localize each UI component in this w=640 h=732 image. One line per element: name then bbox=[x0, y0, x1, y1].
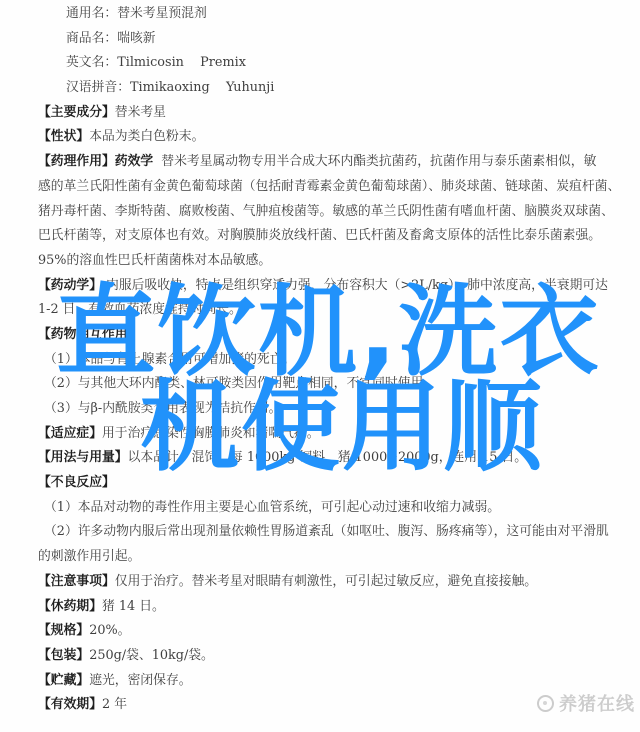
doc-line: 【规格】20%。 bbox=[38, 619, 638, 644]
doc-line-text: 仅用于治疗。替米考星对眼睛有刺激性，可引起过敏反应，避免直接接触。 bbox=[115, 574, 537, 589]
doc-line-text: 250g/袋、10kg/袋。 bbox=[89, 648, 214, 663]
doc-section-heading: 【注意事项】 bbox=[38, 574, 115, 589]
doc-section-heading: 【药物相互作用】 bbox=[38, 327, 140, 342]
doc-line-text: 用于治疗感染性胸膜肺炎和猪喘气病。 bbox=[102, 426, 320, 441]
doc-line-text: （2）许多动物内服后常出现剂量依赖性胃肠道紊乱（如呕吐、腹泻、肠疼痛等），这可能… bbox=[44, 524, 609, 539]
doc-line: 【主要成分】替米考星 bbox=[38, 101, 638, 126]
doc-line-text: 2 年 bbox=[102, 697, 127, 712]
doc-line: 【不良反应】 bbox=[38, 471, 638, 496]
doc-section-heading: 【规格】 bbox=[38, 623, 89, 638]
doc-line: 汉语拼音：Timikaoxing Yuhunji bbox=[38, 76, 638, 101]
doc-section-heading: 药效学 bbox=[115, 154, 153, 169]
site-logo-icon bbox=[537, 695, 554, 712]
doc-line-text: 替米考星属动物专用半合成大环内酯类抗菌药，抗菌作用与泰乐菌素相似，敏 bbox=[153, 154, 596, 169]
doc-line: 【用法与用量】以本品计。混饲：每 1000kg 饲料，猪 1000~2000g，… bbox=[38, 446, 638, 471]
doc-line-text: 内服后吸收快，特点是组织穿透力强，分布容积大（>2L/kg）。肺中浓度高，半衰期… bbox=[102, 278, 608, 293]
doc-line: 1-2 日，有效血药浓度维持时间长。 bbox=[38, 298, 638, 323]
doc-section-heading: 【有效期】 bbox=[38, 697, 102, 712]
doc-line: （3）与β-内酰胺类合用表现为拮抗作用。 bbox=[38, 397, 638, 422]
site-logo: 养猪在线 bbox=[537, 690, 635, 716]
doc-line: 【包装】250g/袋、10kg/袋。 bbox=[38, 644, 638, 669]
doc-section-heading: 【药动学】 bbox=[38, 278, 102, 293]
doc-line-text: 以本品计。混饲：每 1000kg 饲料，猪 1000~2000g，连用 15 日… bbox=[128, 450, 528, 465]
doc-line: （1）本品对动物的毒性作用主要是心血管系统，可引起心动过速和收缩力减弱。 bbox=[38, 496, 638, 521]
doc-section-heading: 【用法与用量】 bbox=[38, 450, 128, 465]
doc-section-heading: 【休药期】 bbox=[38, 599, 102, 614]
doc-line-text: （1）本品对动物的毒性作用主要是心血管系统，可引起心动过速和收缩力减弱。 bbox=[44, 500, 500, 515]
doc-line: 英文名：Tilmicosin Premix bbox=[38, 51, 638, 76]
doc-line: 【适应症】用于治疗感染性胸膜肺炎和猪喘气病。 bbox=[38, 422, 638, 447]
doc-line: 感的革兰氏阳性菌有金黄色葡萄球菌（包括耐青霉素金黄色葡萄球菌）、肺炎球菌、链球菌… bbox=[38, 175, 638, 200]
doc-line-text: 替米考星 bbox=[115, 105, 166, 120]
doc-line: 【药理作用】药效学 替米考星属动物专用半合成大环内酯类抗菌药，抗菌作用与泰乐菌素… bbox=[38, 150, 638, 175]
doc-line: 商品名：喘咳新 bbox=[38, 27, 638, 52]
doc-line-text: 遮光，密闭保存。 bbox=[89, 673, 191, 688]
doc-line: 巴氏杆菌等，对支原体也有效。对胸膜肺炎放线杆菌、巴氏杆菌及畜禽支原体的活性比泰乐… bbox=[38, 224, 638, 249]
doc-line: （2）许多动物内服后常出现剂量依赖性胃肠道紊乱（如呕吐、腹泻、肠疼痛等），这可能… bbox=[38, 520, 638, 545]
site-logo-text: 养猪在线 bbox=[559, 690, 635, 716]
doc-line-text: 商品名：喘咳新 bbox=[66, 31, 156, 46]
doc-section-heading: 【主要成分】 bbox=[38, 105, 115, 120]
doc-line: 95%的溶血性巴氏杆菌菌株对本品敏感。 bbox=[38, 249, 638, 274]
doc-line: 猪丹毒杆菌、李斯特菌、腐败梭菌、气肿疽梭菌等。敏感的革兰氏阴性菌有嗜血杆菌、脑膜… bbox=[38, 200, 638, 225]
doc-section-heading: 【包装】 bbox=[38, 648, 89, 663]
doc-line-text: 汉语拼音：Timikaoxing Yuhunji bbox=[66, 80, 274, 95]
doc-line: 【药动学】 内服后吸收快，特点是组织穿透力强，分布容积大（>2L/kg）。肺中浓… bbox=[38, 274, 638, 299]
doc-section-heading: 【不良反应】 bbox=[38, 475, 115, 490]
document-body: 通用名：替米考星预混剂商品名：喘咳新英文名：Tilmicosin Premix汉… bbox=[38, 2, 638, 718]
doc-line-text: 英文名：Tilmicosin Premix bbox=[66, 55, 246, 70]
doc-line-text: 1-2 日，有效血药浓度维持时间长。 bbox=[38, 302, 242, 317]
doc-line-text: 猪 14 日。 bbox=[102, 599, 165, 614]
doc-line-text: 巴氏杆菌等，对支原体也有效。对胸膜肺炎放线杆菌、巴氏杆菌及畜禽支原体的活性比泰乐… bbox=[38, 228, 601, 243]
doc-line-text: 95%的溶血性巴氏杆菌菌株对本品敏感。 bbox=[38, 253, 271, 268]
doc-line: 【休药期】猪 14 日。 bbox=[38, 595, 638, 620]
doc-section-heading: 【贮藏】 bbox=[38, 673, 89, 688]
doc-line-text: 的刺激作用引起。 bbox=[38, 549, 140, 564]
doc-section-heading: 【药理作用】 bbox=[38, 154, 115, 169]
doc-section-heading: 【适应症】 bbox=[38, 426, 102, 441]
doc-line-text: （2）与其他大环内酯类、林可胺类因作用靶点相同，不宜同时使用。 bbox=[44, 376, 436, 391]
doc-line-text: （1）本品与肾上腺素合用可增加猪的死亡。 bbox=[44, 352, 295, 367]
doc-line: 【药物相互作用】 bbox=[38, 323, 638, 348]
doc-line: 【性状】本品为类白色粉末。 bbox=[38, 125, 638, 150]
doc-line-text: 20%。 bbox=[89, 623, 130, 638]
doc-section-heading: 【性状】 bbox=[38, 129, 89, 144]
doc-line-text: 本品为类白色粉末。 bbox=[89, 129, 204, 144]
doc-line-text: 通用名：替米考星预混剂 bbox=[66, 6, 207, 21]
doc-line: （1）本品与肾上腺素合用可增加猪的死亡。 bbox=[38, 348, 638, 373]
doc-line-text: 感的革兰氏阳性菌有金黄色葡萄球菌（包括耐青霉素金黄色葡萄球菌）、肺炎球菌、链球菌… bbox=[38, 179, 620, 194]
doc-line: 的刺激作用引起。 bbox=[38, 545, 638, 570]
doc-line: （2）与其他大环内酯类、林可胺类因作用靶点相同，不宜同时使用。 bbox=[38, 372, 638, 397]
doc-line-text: （3）与β-内酰胺类合用表现为拮抗作用。 bbox=[44, 401, 281, 416]
doc-line-text: 猪丹毒杆菌、李斯特菌、腐败梭菌、气肿疽梭菌等。敏感的革兰氏阴性菌有嗜血杆菌、脑膜… bbox=[38, 204, 614, 219]
doc-line: 通用名：替米考星预混剂 bbox=[38, 2, 638, 27]
doc-line: 【注意事项】仅用于治疗。替米考星对眼睛有刺激性，可引起过敏反应，避免直接接触。 bbox=[38, 570, 638, 595]
